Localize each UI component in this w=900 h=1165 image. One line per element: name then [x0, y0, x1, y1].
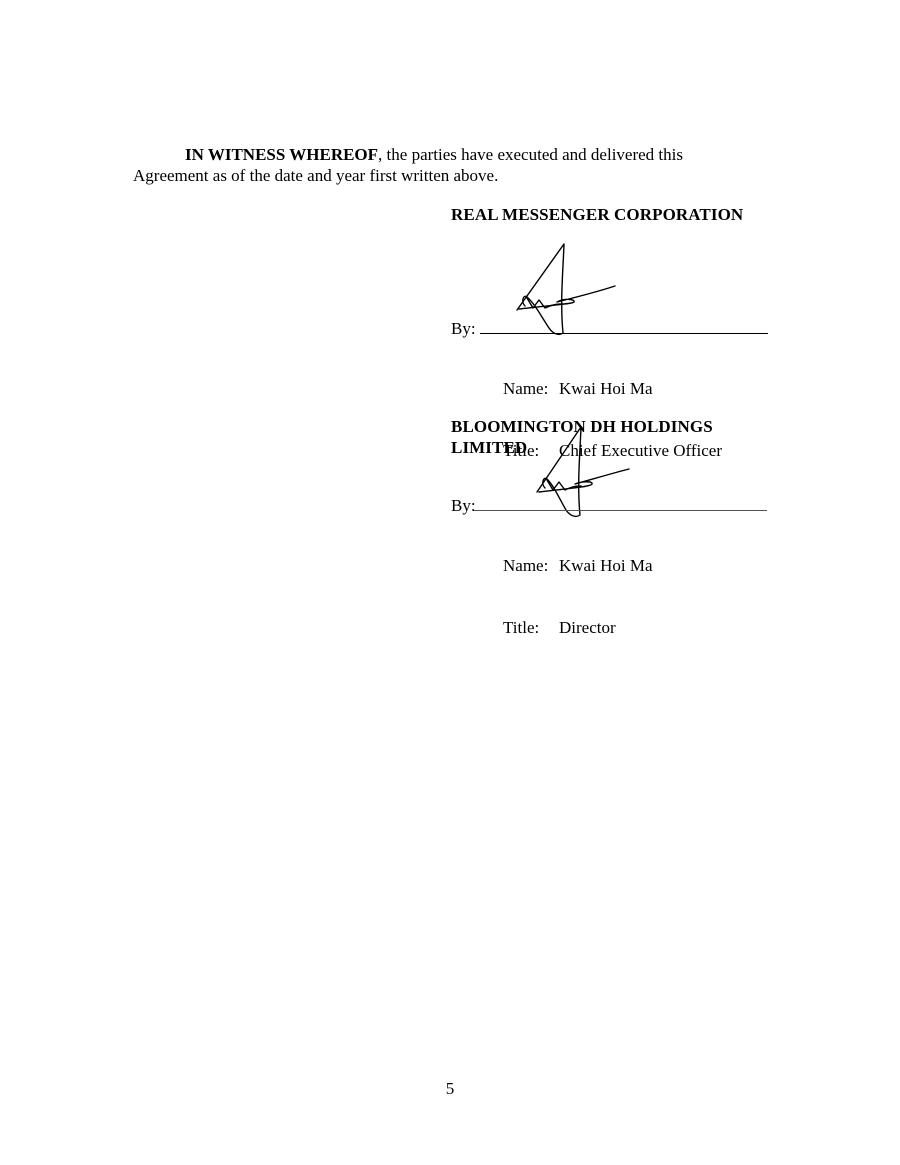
title-row: Title:Director [503, 618, 652, 639]
witness-line-1: IN WITNESS WHEREOF, the parties have exe… [133, 144, 733, 165]
signature-line [480, 333, 768, 334]
signature-line [474, 510, 767, 511]
name-row: Name:Kwai Hoi Ma [503, 556, 652, 577]
name-value: Kwai Hoi Ma [559, 556, 652, 575]
witness-line-1-rest: , the parties have executed and delivere… [378, 145, 683, 164]
signature-block-real-messenger: REAL MESSENGER CORPORATION By: Name:Kwai… [451, 204, 781, 384]
title-label: Title: [503, 618, 559, 639]
name-row: Name:Kwai Hoi Ma [503, 379, 722, 400]
witness-line-2: Agreement as of the date and year first … [133, 165, 733, 186]
name-value: Kwai Hoi Ma [559, 379, 652, 398]
name-label: Name: [503, 556, 559, 577]
by-label: By: [451, 318, 476, 339]
signatory-details: Name:Kwai Hoi Ma Title:Director [503, 515, 652, 679]
witness-lead: IN WITNESS WHEREOF [185, 145, 378, 164]
by-label: By: [451, 495, 476, 516]
entity-name-line-1: BLOOMINGTON DH HOLDINGS [451, 416, 781, 437]
handwritten-signature [513, 242, 683, 337]
entity-name: REAL MESSENGER CORPORATION [451, 204, 781, 225]
document-page: IN WITNESS WHEREOF, the parties have exe… [0, 0, 900, 1165]
title-value: Director [559, 618, 616, 637]
entity-name-line-2: LIMITED [451, 437, 781, 458]
witness-clause: IN WITNESS WHEREOF, the parties have exe… [133, 144, 733, 186]
signature-block-bloomington: BLOOMINGTON DH HOLDINGS LIMITED By: Name… [451, 416, 781, 566]
name-label: Name: [503, 379, 559, 400]
page-number: 5 [0, 1079, 900, 1099]
